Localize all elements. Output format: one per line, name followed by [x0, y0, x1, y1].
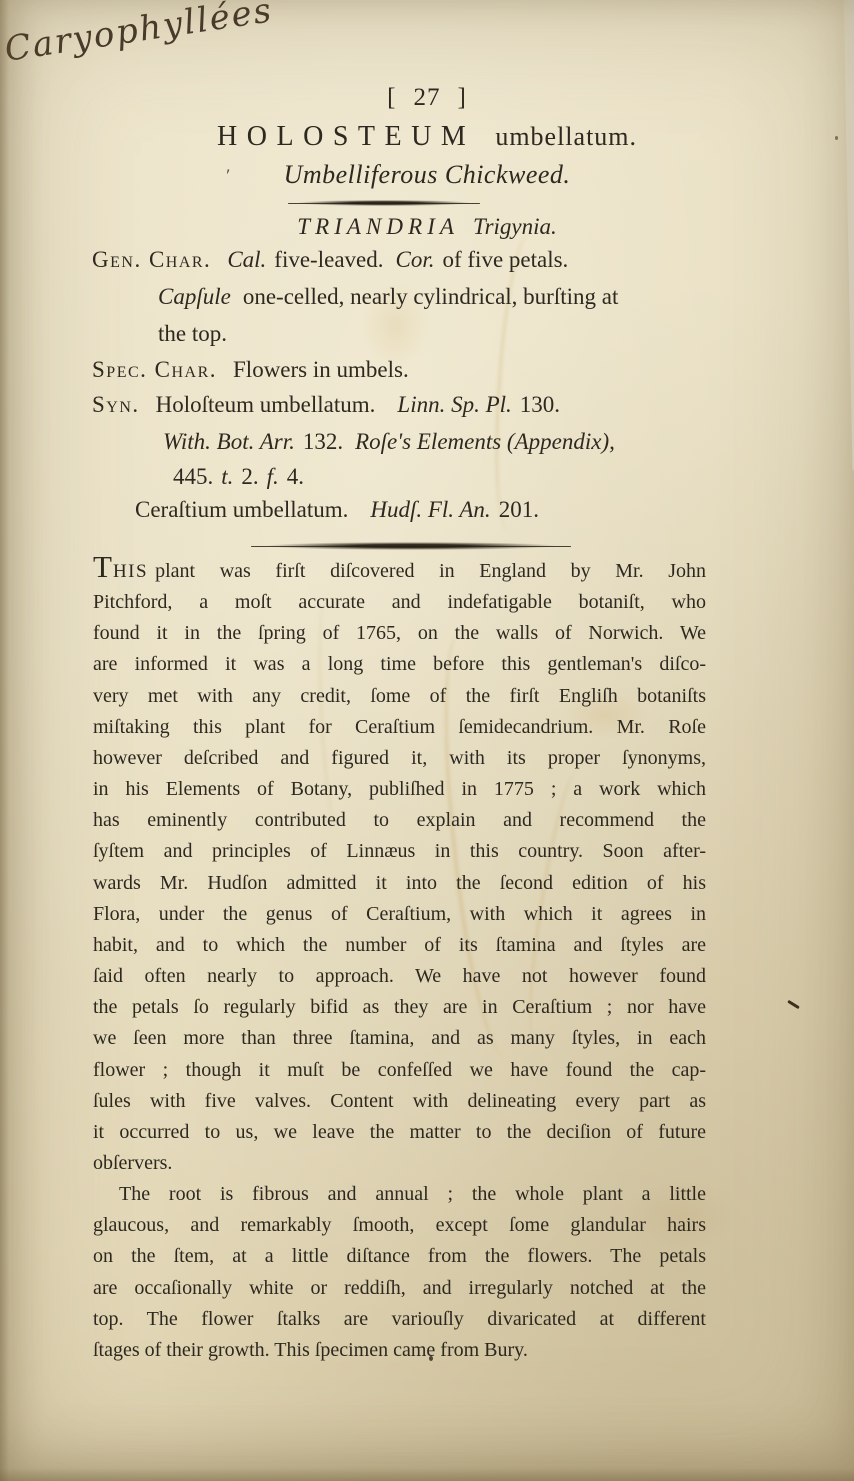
cor-abbr: Cor.: [395, 247, 434, 272]
body-text-line: ſules with five valves. Content with del…: [93, 1086, 706, 1117]
syn-ref-huds: Hudſ. Fl. An.: [370, 497, 490, 522]
synonym-line: Syn.Holoſteum umbellatum.Linn. Sp. Pl.13…: [92, 392, 560, 418]
capsule-text: one-celled, nearly cylindrical, burſting…: [243, 284, 619, 309]
book-page: Caryophyllées [27] HOLOSTEUMumbellatum. …: [0, 0, 854, 1481]
handwritten-annotation: Caryophyllées: [2, 0, 275, 70]
syn-ref-rose-page: 445.: [173, 464, 213, 489]
syn-ref-fig: f.: [267, 464, 279, 489]
species-name: umbellatum.: [495, 122, 637, 151]
body-text-line: the petals ſo regularly bifid as they ar…: [93, 992, 706, 1023]
linnaean-class: TRIANDRIA: [297, 214, 459, 239]
syn-ref-tab-num: 2.: [241, 464, 258, 489]
first-line-rest: plant was firſt diſcovered in England by…: [155, 560, 706, 582]
page-title: HOLOSTEUMumbellatum.: [0, 121, 854, 153]
body-text-line: THISplant was firſt diſcovered in Englan…: [93, 556, 706, 587]
body-text-line: on the ſtem, at a little diſtance from t…: [93, 1241, 706, 1272]
cor-text: of five petals.: [442, 247, 568, 272]
paragraph-2-lines: glaucous, and remarkably ſmooth, except …: [93, 1210, 706, 1335]
syn-ref-tab: t.: [221, 464, 233, 489]
gen-char-line: Gen. Char.Cal.five-leaved.Cor.of five pe…: [92, 247, 568, 273]
syn-name2: Ceraſtium umbellatum.: [135, 497, 348, 522]
body-text-line: The root is fibrous and annual ; the who…: [93, 1179, 706, 1210]
gen-char-line: Capſuleone-celled, nearly cylindrical, b…: [158, 284, 618, 310]
body-text-line: ſaid often nearly to approach. We have n…: [93, 961, 706, 992]
syn-ref-fig-num: 4.: [287, 464, 304, 489]
page-number: [27]: [0, 84, 854, 112]
swelled-rule-divider: [288, 200, 480, 206]
swelled-rule-divider: [251, 542, 571, 550]
body-text-line: habit, and to which the number of its ſt…: [93, 930, 706, 961]
spec-char-line: Spec. Char.Flowers in umbels.: [92, 357, 409, 383]
body-text-line: however deſcribed and figured it, with i…: [93, 743, 706, 774]
gen-char-line: the top.: [158, 321, 227, 347]
body-text-line: obſervers.: [93, 1148, 706, 1179]
body-text-line: are occaſionally white or reddiſh, and i…: [93, 1273, 706, 1304]
plant-ghost-stain: [488, 231, 554, 533]
page-number-value: 27: [414, 84, 441, 111]
body-text-line: ſyſtem and principles of Linnæus in this…: [93, 836, 706, 867]
bracket-left: [: [387, 84, 396, 111]
body-text-line: are informed it was a long time before t…: [93, 649, 706, 680]
syn-ref-linn: Linn. Sp. Pl.: [397, 392, 511, 417]
syn-ref-linn-num: 130.: [520, 392, 560, 417]
body-text-line: miſtaking this plant for Ceraſtium ſemid…: [93, 712, 706, 743]
syn-ref-with: With. Bot. Arr.: [163, 429, 295, 454]
capsule-abbr: Capſule: [158, 284, 231, 309]
syn-name: Holoſteum umbellatum.: [156, 392, 376, 417]
body-text-line: has eminently contributed to explain and…: [93, 805, 706, 836]
syn-label: Syn.: [92, 392, 140, 417]
body-text-line: top. The flower ſtalks are variouſly div…: [93, 1304, 706, 1335]
body-text-line: glaucous, and remarkably ſmooth, except …: [93, 1210, 706, 1241]
body-text: THISplant was firſt diſcovered in Englan…: [93, 556, 706, 1366]
linnaean-order: Trigynia.: [473, 214, 557, 239]
body-text-line: in his Elements of Botany, publiſhed in …: [93, 774, 706, 805]
paragraph-1-lines: Pitchford, a moſt accurate and indefatig…: [93, 587, 706, 1148]
syn-ref-huds-num: 201.: [499, 497, 539, 522]
classification-line: TRIANDRIATrigynia.: [0, 214, 854, 240]
cal-abbr: Cal.: [227, 247, 266, 272]
genus-name: HOLOSTEUM: [217, 121, 475, 152]
bracket-right: ]: [458, 84, 467, 111]
body-text-line: it occurred to us, we leave the matter t…: [93, 1117, 706, 1148]
synonym-line: 445.t.2.f.4.: [173, 464, 304, 490]
ink-speck: [787, 1000, 800, 1009]
drop-initial: T: [93, 549, 112, 584]
page-edge-shadow: [0, 1468, 854, 1481]
spec-char-text: Flowers in umbels.: [233, 357, 409, 382]
synonym-line: Ceraſtium umbellatum.Hudſ. Fl. An.201.: [135, 497, 539, 523]
capsule-text-cont: the top.: [158, 321, 227, 346]
syn-ref-with-num: 132.: [303, 429, 343, 454]
body-text-line: very met with any credit, ſome of the fi…: [93, 681, 706, 712]
cal-text: five-leaved.: [274, 247, 383, 272]
body-text-line: Pitchford, a moſt accurate and indefatig…: [93, 587, 706, 618]
body-text-line: flower ; though it muſt be confeſſed we …: [93, 1055, 706, 1086]
body-text-line: we ſeen more than three ſtamina, and as …: [93, 1023, 706, 1054]
synonym-line: With. Bot. Arr.132.Roſe's Elements (Appe…: [163, 429, 615, 455]
common-name: Umbelliferous Chickweed.: [0, 160, 854, 190]
body-text-line: found it in the ſpring of 1765, on the w…: [93, 618, 706, 649]
body-text-line: wards Mr. Hudſon admitted it into the ſe…: [93, 868, 706, 899]
gen-char-label: Gen. Char.: [92, 247, 211, 272]
syn-ref-rose: Roſe's Elements (Appendix),: [355, 429, 615, 454]
body-text-line: Flora, under the genus of Ceraſtium, wit…: [93, 899, 706, 930]
body-text-line: ſtages of their growth. This ſpecimen ca…: [93, 1335, 706, 1366]
runin-caps: HIS: [113, 561, 148, 582]
spec-char-label: Spec. Char.: [92, 357, 217, 382]
